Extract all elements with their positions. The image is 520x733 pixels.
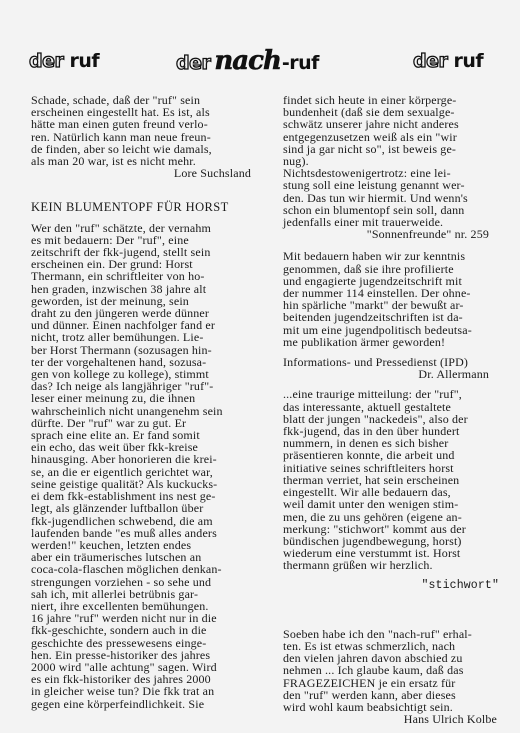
right-column: findet sich heute in einer körperge- bun… xyxy=(283,94,509,725)
ipd-quote: Mit bedauern haben wir zur kenntnis geno… xyxy=(283,250,509,348)
kolbe-signature: Hans Ulrich Kolbe xyxy=(283,713,509,725)
logo-script-word: nach xyxy=(214,46,280,76)
logo-word: ruf xyxy=(453,50,483,72)
intro-signature: Lore Suchsland xyxy=(31,167,255,179)
logo-prefix: der xyxy=(413,50,447,72)
article-continued-body: findet sich heute in einer körperge- bun… xyxy=(283,94,509,228)
logo-suffix: -ruf xyxy=(282,52,319,74)
article-heading: KEIN BLUMENTOPF FÜR HORST xyxy=(31,201,255,213)
masthead: der ruf dernach-ruf der ruf xyxy=(0,48,520,78)
der-nach-ruf-logo: dernach-ruf xyxy=(176,48,319,76)
stichwort-quote: ...eine traurige mitteilung: der "ruf", … xyxy=(283,388,509,571)
article-body: Wer den "ruf" schätzte, der vernahm es m… xyxy=(31,222,255,710)
der-ruf-logo-right: der ruf xyxy=(413,48,483,74)
ipd-signature: Dr. Allermann xyxy=(283,368,509,380)
left-column: Schade, schade, daß der "ruf" sein ersch… xyxy=(31,94,255,710)
logo-prefix: der xyxy=(29,50,63,72)
kolbe-quote: Soeben habe ich den "nach-ruf" erhal- te… xyxy=(283,628,509,713)
article-source: "Sonnenfreunde" nr. 259 xyxy=(283,228,509,240)
stichwort-signature: "stichwort" xyxy=(283,580,509,592)
logo-prefix: der xyxy=(176,52,210,74)
logo-word: ruf xyxy=(69,50,99,72)
der-ruf-logo-left: der ruf xyxy=(29,48,99,74)
spacer xyxy=(283,592,509,628)
intro-paragraph: Schade, schade, daß der "ruf" sein ersch… xyxy=(31,94,255,167)
